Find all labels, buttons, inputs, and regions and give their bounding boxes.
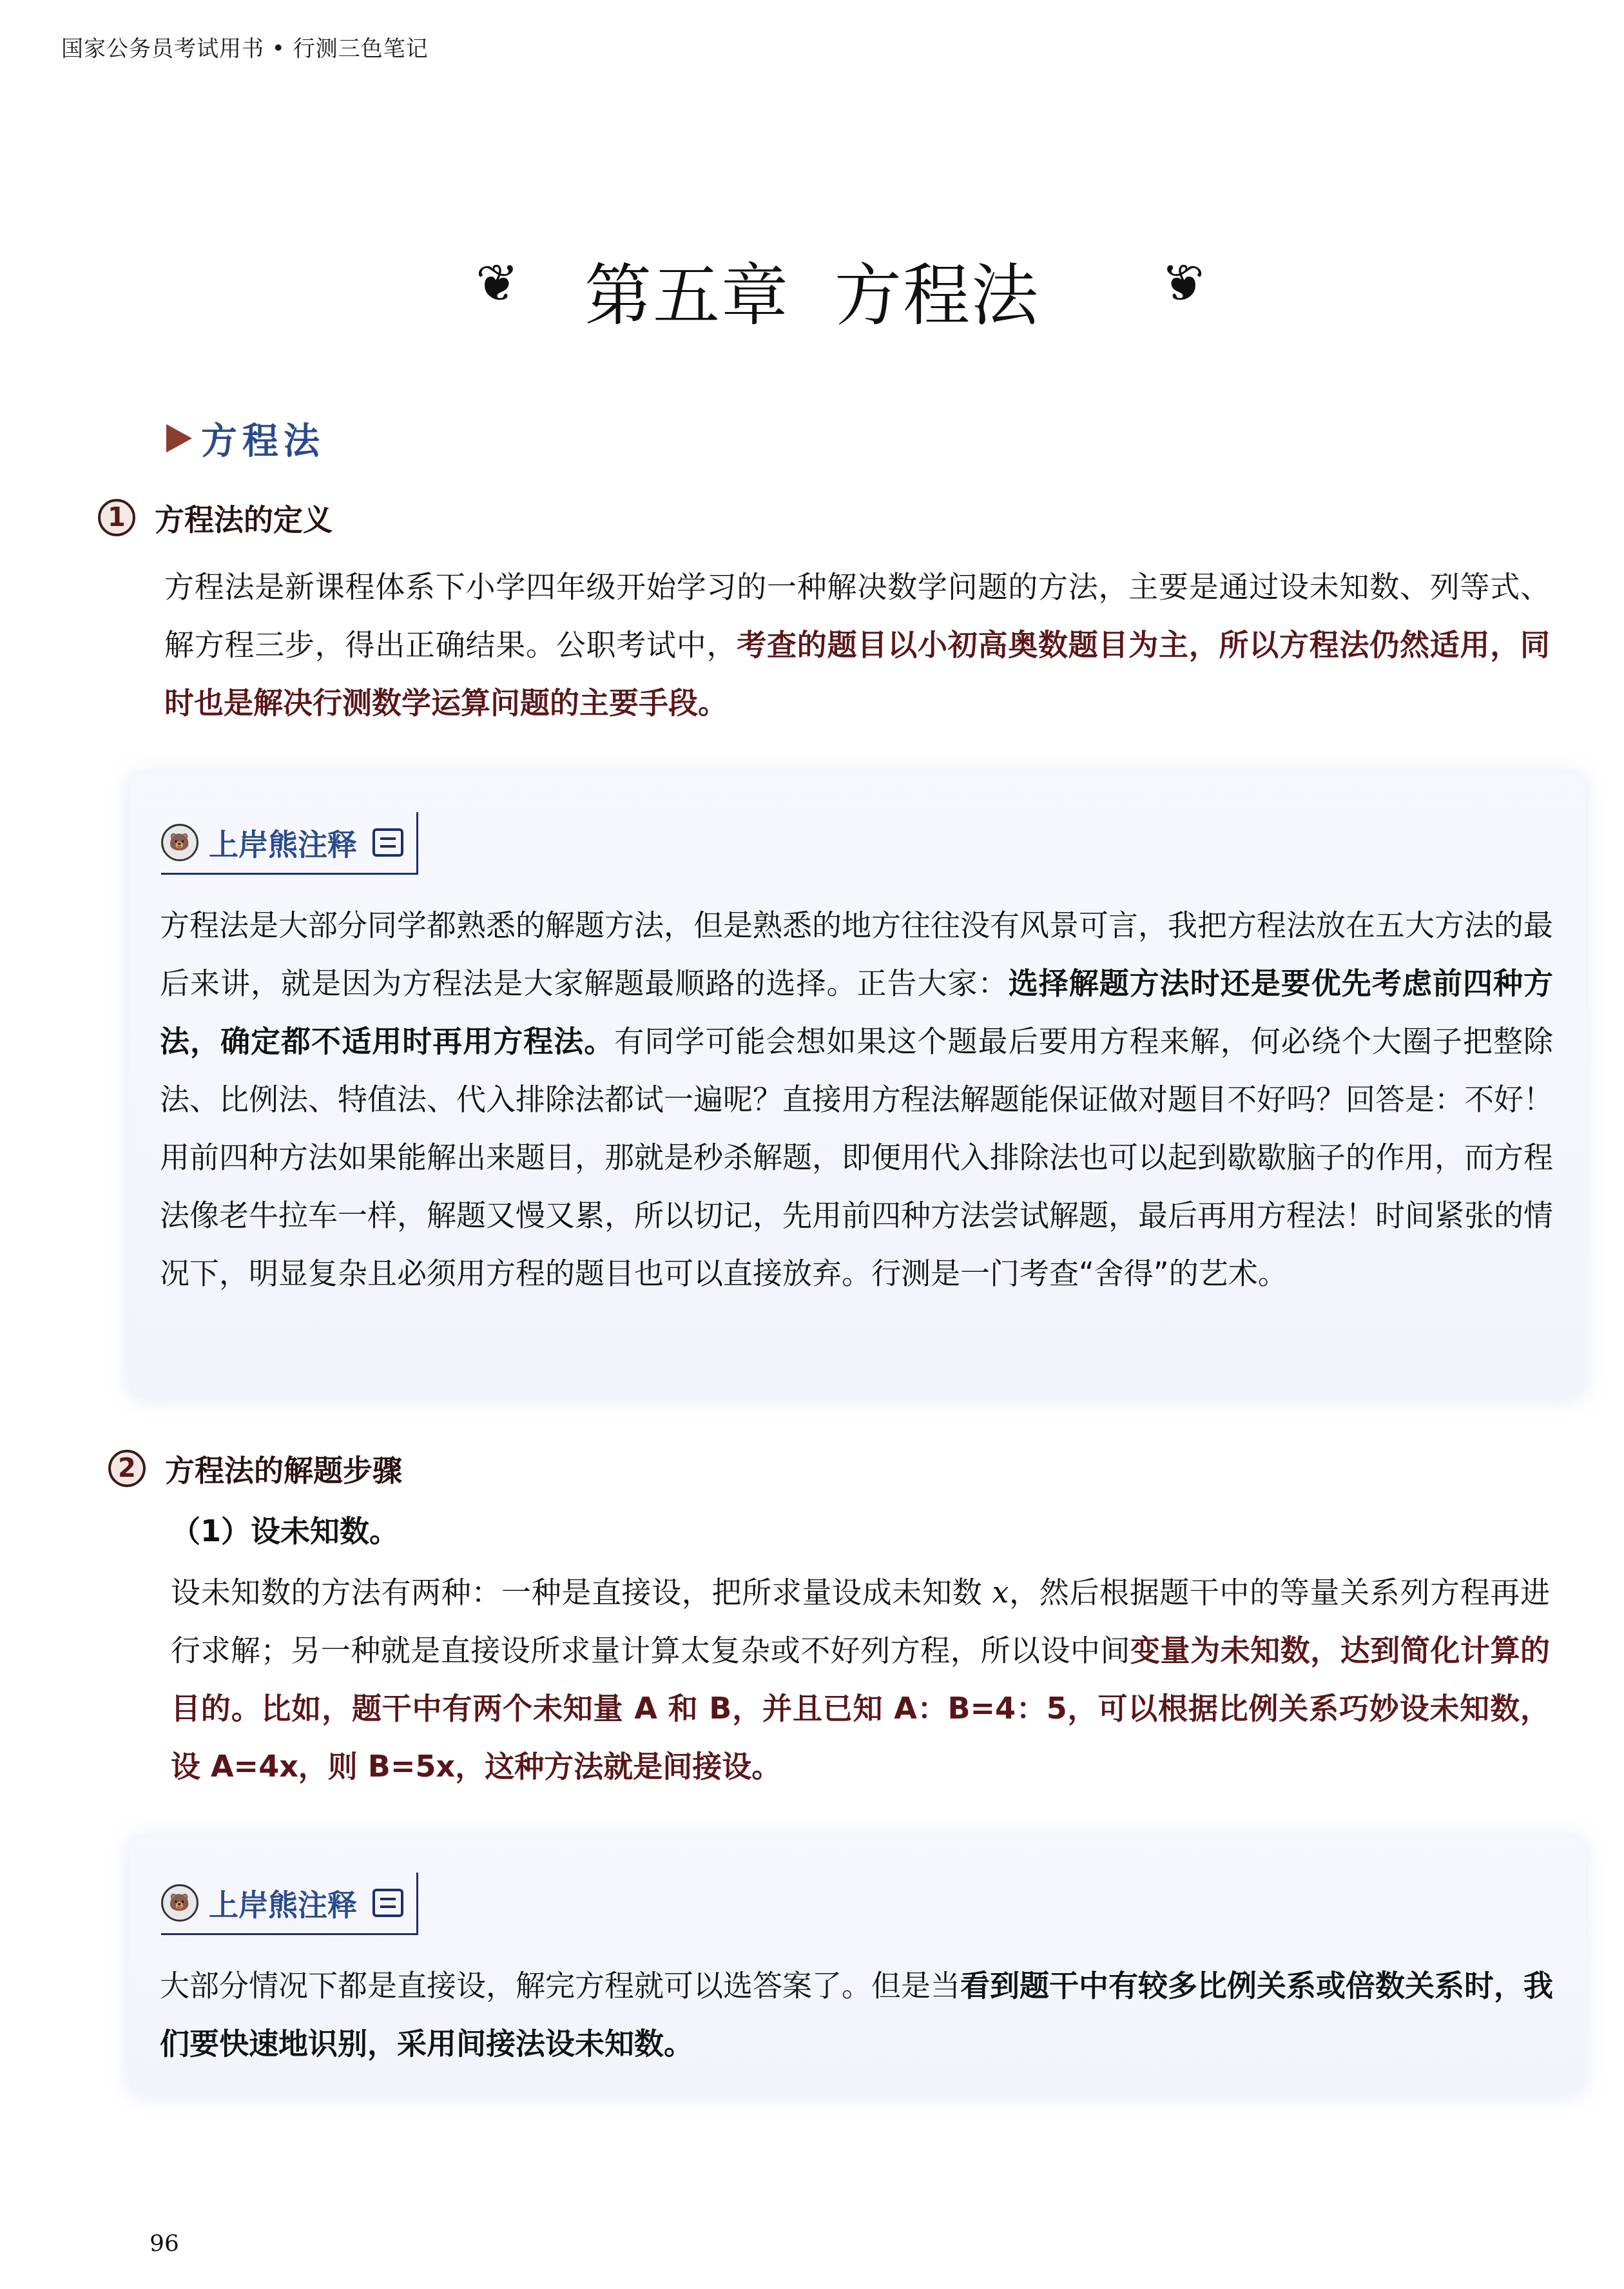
- chapter-title: ❦ 第五章 方程法 ❦: [0, 242, 1624, 338]
- step-1-paragraph: 设未知数的方法有两种：一种是直接设，把所求量设成未知数 x，然后根据题干中的等量…: [171, 1563, 1550, 1795]
- ornament-right-icon: ❦: [1160, 253, 1204, 313]
- circled-number-2-icon: 2: [108, 1450, 146, 1487]
- bear-mascot-icon: 🐻: [161, 824, 198, 861]
- bear-mascot-icon: 🐻: [161, 1884, 198, 1922]
- callout-text-2: 大部分情况下都是直接设，解完方程就可以选答案了。但是当看到题干中有较多比例关系或…: [160, 1956, 1553, 2072]
- chapter-title-text: 第五章 方程法: [585, 257, 1039, 335]
- subsection-heading-2: 2 方程法的解题步骤: [108, 1447, 402, 1490]
- callout-label-text: 上岸熊注释: [209, 821, 357, 864]
- step-1-title: （1）设未知数。: [171, 1502, 399, 1560]
- definition-paragraph: 方程法是新课程体系下小学四年级开始学习的一种解决数学问题的方法，主要是通过设未知…: [164, 558, 1550, 732]
- note-bubble-icon: [372, 1889, 403, 1917]
- callout-label-2: 🐻 上岸熊注释: [161, 1873, 418, 1935]
- callout-text-plain-b: 有同学可能会想如果这个题最后要用方程来解，何必绕个大圈子把整除法、比例法、特值法…: [160, 1024, 1553, 1291]
- callout-text-1: 方程法是大部分同学都熟悉的解题方法，但是熟悉的地方往往没有风景可言，我把方程法放…: [160, 896, 1553, 1302]
- annotation-callout-1: 🐻 上岸熊注释 方程法是大部分同学都熟悉的解题方法，但是熟悉的地方往往没有风景可…: [129, 774, 1585, 1399]
- circled-number-1-icon: 1: [98, 499, 135, 536]
- section-title: 方程法: [201, 413, 325, 464]
- step-text-plain-1: 设未知数的方法有两种：一种是直接设，把所求量设成未知数: [171, 1575, 992, 1610]
- variable-x: x: [992, 1575, 1009, 1610]
- section-heading: 方程法: [166, 413, 325, 464]
- note-bubble-icon: [372, 828, 403, 857]
- running-header: 国家公务员考试用书 • 行测三色笔记: [61, 31, 429, 63]
- subsection-title-2: 方程法的解题步骤: [165, 1447, 402, 1490]
- subsection-heading-1: 1 方程法的定义: [98, 496, 333, 539]
- annotation-callout-2: 🐻 上岸熊注释 大部分情况下都是直接设，解完方程就可以选答案了。但是当看到题干中…: [129, 1837, 1585, 2095]
- callout-label-text: 上岸熊注释: [209, 1882, 357, 1924]
- callout-label-1: 🐻 上岸熊注释: [161, 812, 418, 875]
- callout-text-plain-a: 大部分情况下都是直接设，解完方程就可以选答案了。但是当: [160, 1968, 960, 2003]
- page-number: 96: [150, 2230, 179, 2257]
- ornament-left-icon: ❦: [476, 253, 520, 313]
- triangle-right-icon: [166, 424, 192, 453]
- subsection-title-1: 方程法的定义: [155, 496, 333, 539]
